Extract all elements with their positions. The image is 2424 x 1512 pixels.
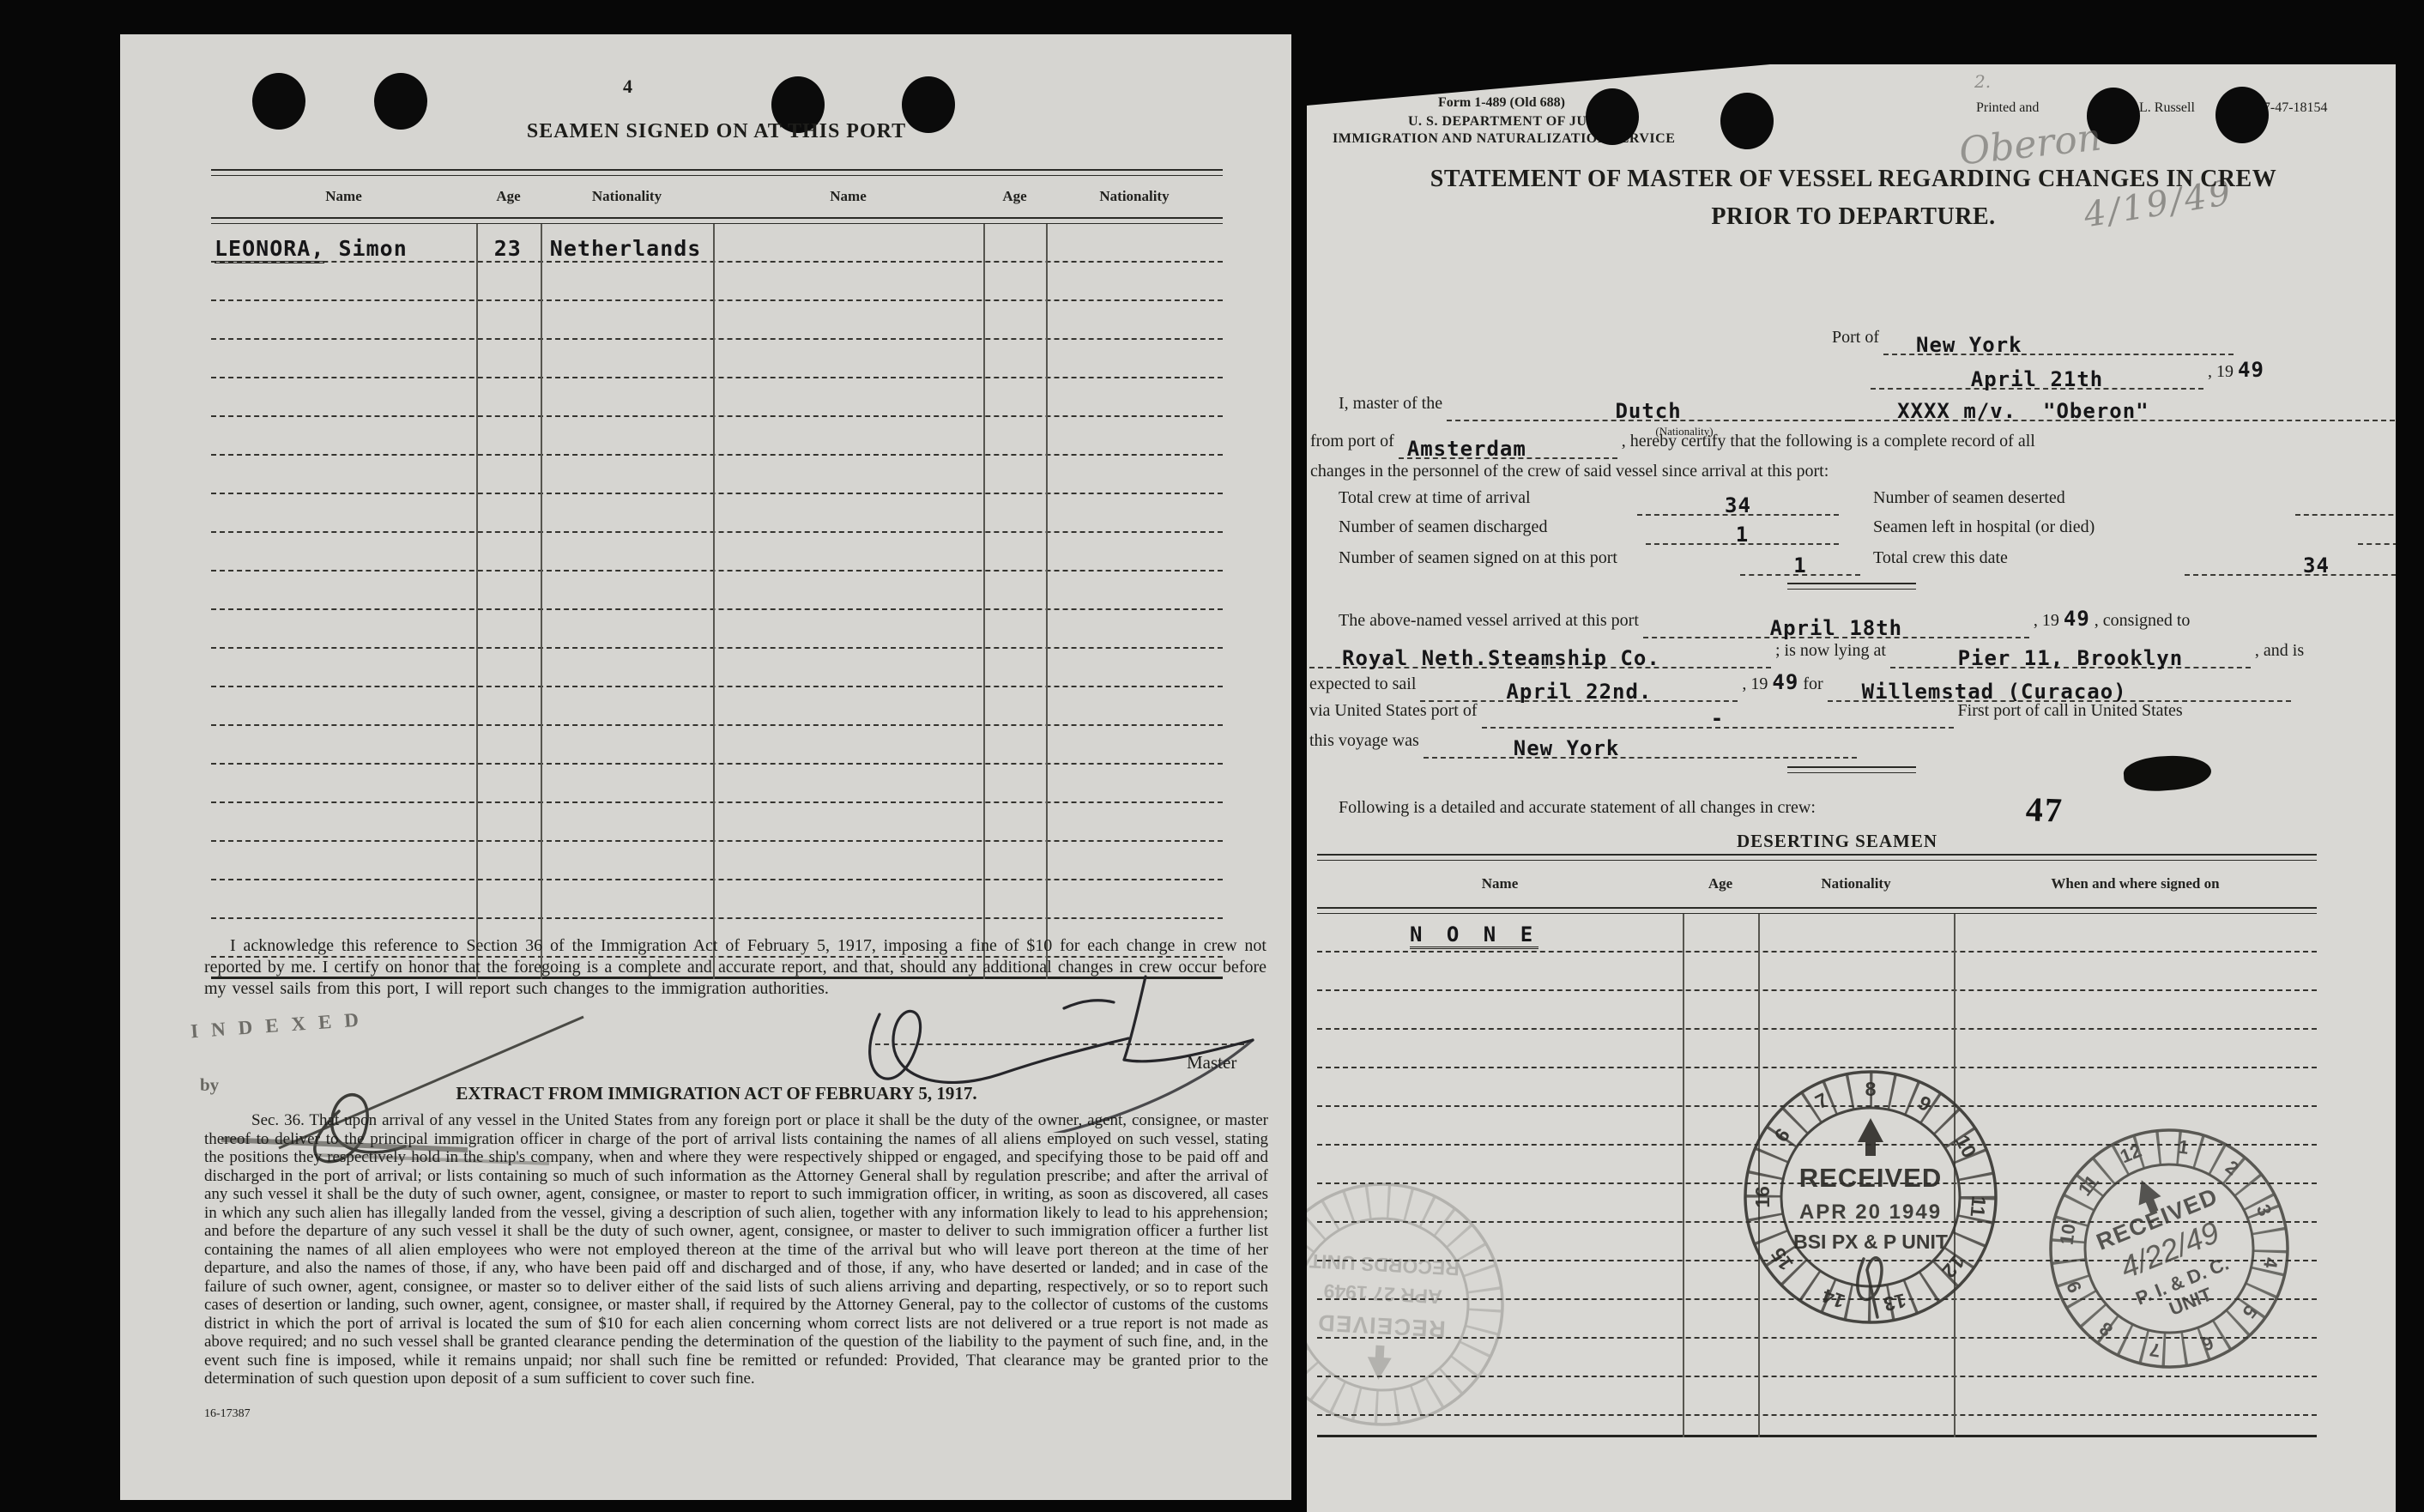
stat-value: 1 bbox=[1736, 523, 1749, 547]
empty-row bbox=[211, 494, 1223, 533]
scanned-document: 4 SEAMEN SIGNED ON AT THIS PORT Name Age… bbox=[0, 0, 2424, 1512]
svg-text:5: 5 bbox=[2239, 1301, 2262, 1322]
table-header-row: Name Age Nationality Name Age Nationalit… bbox=[211, 176, 1223, 217]
empty-row bbox=[211, 572, 1223, 610]
port-blank: New York bbox=[1883, 330, 2234, 355]
table-row: LEONORA, Simon 23 Netherlands bbox=[211, 224, 1223, 263]
port-value: New York bbox=[1916, 333, 2022, 357]
stat-label: Total crew at time of arrival bbox=[1339, 488, 1531, 508]
first-port-label: First port of call in United States bbox=[1958, 701, 2183, 720]
vessel-value: XXXX m/v. "Oberon" bbox=[1897, 399, 2149, 423]
svg-text:1: 1 bbox=[2177, 1135, 2191, 1158]
page-number: 4 bbox=[623, 76, 632, 98]
sail-date: April 22nd. bbox=[1506, 680, 1652, 704]
svg-text:7: 7 bbox=[2149, 1339, 2162, 1361]
following-line: Following is a detailed and accurate sta… bbox=[1339, 798, 1816, 818]
stat-blank: 1 bbox=[1740, 550, 1860, 576]
empty-row bbox=[1317, 991, 2317, 1030]
nationality-value: Dutch bbox=[1615, 399, 1681, 423]
port-line: Port of New York bbox=[1832, 328, 2234, 355]
from-port-value: Amsterdam bbox=[1407, 437, 1526, 461]
stamp-unit-text: BSI PX & P UNIT bbox=[1793, 1231, 1948, 1253]
svg-text:9: 9 bbox=[1914, 1091, 1935, 1116]
consignee-value: Royal Neth.Steamship Co. bbox=[1342, 646, 1660, 670]
destination-blank: Willemstad (Curacao) bbox=[1828, 676, 2291, 702]
table-top-rule bbox=[211, 169, 1223, 176]
hole-punch bbox=[2215, 87, 2269, 143]
ink-redaction-mark bbox=[2123, 753, 2213, 793]
date-blank: April 21th bbox=[1871, 364, 2203, 390]
empty-row bbox=[211, 610, 1223, 649]
svg-text:10: 10 bbox=[1951, 1131, 1981, 1161]
hole-punch bbox=[1586, 88, 1639, 145]
sail-line: expected to sail April 22nd. , 19 49 for… bbox=[1309, 670, 2291, 702]
stat-blank: 34 bbox=[1637, 490, 1839, 516]
svg-text:12: 12 bbox=[1937, 1251, 1968, 1282]
form-number: Form 1-489 (Old 688) bbox=[1438, 95, 1565, 111]
voyage-blank: New York bbox=[1424, 733, 1857, 759]
table-row: N O N E bbox=[1317, 914, 2317, 953]
printer-credit: Printed and y A. L. Russell 7-47-18154 bbox=[1976, 100, 2328, 116]
table-header-rule bbox=[1317, 907, 2317, 914]
section-divider bbox=[1787, 583, 1916, 590]
right-page: 2. Form 1-489 (Old 688) U. S. DEPARTMENT… bbox=[1307, 64, 2396, 1512]
stat-blank: 1 bbox=[1646, 519, 1839, 545]
col-header-age2: Age bbox=[983, 188, 1046, 205]
stat-value: 34 bbox=[1725, 493, 1751, 517]
column-divider bbox=[1683, 914, 1684, 1437]
handwritten-crew-count: 47 bbox=[2025, 789, 2064, 831]
stat-value: 34 bbox=[2303, 553, 2330, 578]
sail-label: expected to sail bbox=[1309, 674, 1416, 693]
stat-label: Seamen left in hospital (or died) bbox=[1873, 517, 2095, 537]
arrival-line1: The above-named vessel arrived at this p… bbox=[1339, 607, 2190, 638]
master-signature bbox=[807, 961, 1291, 1133]
stats-row: Number of seamen discharged 1 Seamen lef… bbox=[1307, 517, 2345, 545]
stat-label: Number of seamen signed on at this port bbox=[1339, 548, 1617, 568]
col-header-signed-on: When and where signed on bbox=[1954, 875, 2317, 892]
destination-value: Willemstad (Curacao) bbox=[1862, 680, 2127, 704]
voyage-label: this voyage was bbox=[1309, 731, 1419, 750]
col-header-nationality: Nationality bbox=[541, 188, 713, 205]
via-value: - bbox=[1711, 706, 1724, 730]
table-header-rule bbox=[211, 217, 1223, 224]
column-divider bbox=[1046, 224, 1048, 979]
empty-row bbox=[211, 417, 1223, 456]
empty-row bbox=[211, 880, 1223, 919]
port-label: Port of bbox=[1832, 328, 1879, 347]
stat-blank: 0 bbox=[2295, 490, 2396, 516]
hole-punch bbox=[1720, 93, 1774, 149]
empty-row bbox=[211, 726, 1223, 765]
nationality-blank: Dutch bbox=[1447, 396, 1850, 421]
records-received-stamp: RECEIVED APR 27 1949 RECORDS UNIT bbox=[1307, 1176, 1511, 1433]
col-header-name: Name bbox=[211, 188, 476, 205]
stamp-date-text: APR 20 1949 bbox=[1799, 1201, 1942, 1224]
entry-age: 23 bbox=[476, 236, 540, 261]
column-divider bbox=[983, 224, 985, 979]
deserting-heading: DESERTING SEAMEN bbox=[1737, 831, 1937, 852]
svg-text:11: 11 bbox=[1966, 1195, 1990, 1219]
svg-text:16: 16 bbox=[1751, 1186, 1774, 1208]
svg-text:10: 10 bbox=[2056, 1223, 2080, 1247]
stat-label: Number of seamen discharged bbox=[1339, 517, 1547, 537]
stat-value: 1 bbox=[1793, 553, 1806, 578]
empty-row bbox=[211, 340, 1223, 378]
certify-text: , hereby certify that the following is a… bbox=[1622, 432, 2035, 451]
stamp-received-text: RECEIVED bbox=[1799, 1163, 1942, 1193]
printer-credit-left: Printed and bbox=[1976, 100, 2039, 115]
consignee-line: Royal Neth.Steamship Co. ; is now lying … bbox=[1309, 641, 2304, 668]
form-footer-number: 16-17387 bbox=[204, 1407, 251, 1421]
pidc-received-stamp: 12 1 2 3 4 5 6 7 8 9 10 11 RECEIVED 4/22… bbox=[2040, 1120, 2298, 1377]
lying-value: Pier 11, Brooklyn bbox=[1958, 646, 2184, 670]
hole-punch bbox=[252, 73, 305, 130]
column-divider bbox=[476, 224, 478, 979]
empty-row bbox=[211, 456, 1223, 494]
entry-nationality: Netherlands bbox=[540, 236, 720, 261]
svg-text:2: 2 bbox=[2221, 1156, 2243, 1179]
left-page: 4 SEAMEN SIGNED ON AT THIS PORT Name Age… bbox=[120, 34, 1291, 1500]
date-year-printed: , 19 bbox=[2208, 362, 2234, 381]
printer-credit-code: 7-47-18154 bbox=[2264, 100, 2328, 115]
sail-date-blank: April 22nd. bbox=[1420, 676, 1738, 702]
hole-punch bbox=[902, 76, 955, 133]
empty-row bbox=[211, 378, 1223, 417]
voyage-value: New York bbox=[1514, 736, 1620, 760]
empty-row bbox=[211, 842, 1223, 880]
via-label: via United States port of bbox=[1309, 701, 1478, 720]
extract-body: Sec. 36. That upon arrival of any vessel… bbox=[204, 1111, 1268, 1388]
stamp-received-text: RECEIVED bbox=[1316, 1309, 1446, 1342]
empty-row bbox=[211, 687, 1223, 726]
table-body: LEONORA, Simon 23 Netherlands bbox=[211, 224, 1223, 979]
arrival-label: The above-named vessel arrived at this p… bbox=[1339, 611, 1639, 630]
signed-on-table: Name Age Nationality Name Age Nationalit… bbox=[211, 169, 1223, 979]
voyage-line: this voyage was New York bbox=[1309, 731, 1857, 759]
bsi-received-stamp: 8 9 10 11 12 13 14 15 16 6 7 RECEIVED AP… bbox=[1733, 1060, 2008, 1334]
col-header-nationality: Nationality bbox=[1758, 875, 1954, 892]
page-title: SEAMEN SIGNED ON AT THIS PORT bbox=[527, 120, 906, 143]
column-divider bbox=[713, 224, 715, 979]
stats-row: Total crew at time of arrival 34 Number … bbox=[1307, 488, 2345, 516]
from-port-blank: Amsterdam bbox=[1399, 433, 1617, 459]
stat-blank: 0 bbox=[2358, 519, 2396, 545]
col-header-name2: Name bbox=[713, 188, 983, 205]
col-header-name: Name bbox=[1317, 875, 1683, 892]
col-header-nationality2: Nationality bbox=[1046, 188, 1223, 205]
entry-given-name: Simon bbox=[338, 236, 407, 261]
stat-blank: 34 bbox=[2185, 550, 2396, 576]
master-line-label: I, master of the bbox=[1339, 394, 1442, 413]
empty-row bbox=[211, 533, 1223, 572]
pencil-page-note: 2. bbox=[1974, 71, 1991, 92]
date-value: April 21th bbox=[1971, 367, 2104, 391]
from-port-line: from port of Amsterdam , hereby certify … bbox=[1310, 432, 2035, 459]
master-line: I, master of the DutchXXXX m/v. "Oberon" bbox=[1339, 394, 2395, 421]
consignee-blank: Royal Neth.Steamship Co. bbox=[1309, 643, 1771, 668]
lying-blank: Pier 11, Brooklyn bbox=[1890, 643, 2251, 668]
stat-label: Number of seamen deserted bbox=[1873, 488, 2065, 508]
certify-line2: changes in the personnel of the crew of … bbox=[1310, 462, 1829, 481]
form-title-line1: STATEMENT OF MASTER OF VESSEL REGARDING … bbox=[1430, 166, 2276, 193]
vessel-blank: XXXX m/v. "Oberon" bbox=[1850, 396, 2395, 421]
svg-text:8: 8 bbox=[1865, 1078, 1877, 1100]
arrow-up-icon bbox=[1366, 1345, 1392, 1380]
empty-row bbox=[211, 263, 1223, 301]
svg-text:13: 13 bbox=[1882, 1289, 1908, 1315]
stamp-date-text: APR 27 1949 bbox=[1323, 1279, 1442, 1308]
entry-name: LEONORA, Simon bbox=[211, 236, 476, 261]
extract-heading: EXTRACT FROM IMMIGRATION ACT OF FEBRUARY… bbox=[456, 1083, 976, 1104]
section-divider bbox=[1787, 766, 1916, 773]
stamp-unit-text: RECORDS UNIT bbox=[1309, 1249, 1460, 1279]
column-divider bbox=[541, 224, 542, 979]
via-blank: - bbox=[1482, 703, 1954, 729]
arrow-up-icon bbox=[1858, 1118, 1883, 1156]
from-port-label: from port of bbox=[1310, 432, 1394, 451]
date-line: April 21th , 19 49 bbox=[1871, 358, 2264, 390]
none-entry: N O N E bbox=[1410, 922, 1538, 949]
empty-row bbox=[211, 301, 1223, 340]
hole-punch bbox=[374, 73, 427, 130]
empty-row bbox=[211, 803, 1223, 842]
col-header-age: Age bbox=[1683, 875, 1758, 892]
col-header-age: Age bbox=[476, 188, 541, 205]
date-year-typed: 49 bbox=[2238, 358, 2264, 382]
entry-surname: LEONORA, bbox=[215, 236, 324, 263]
stat-label: Total crew this date bbox=[1873, 548, 2008, 568]
empty-row bbox=[1317, 953, 2317, 991]
table-header-row: Name Age Nationality When and where sign… bbox=[1317, 861, 2317, 907]
form-title-line2: PRIOR TO DEPARTURE. bbox=[1711, 203, 1995, 231]
arrival-date: April 18th bbox=[1770, 616, 1903, 640]
stats-row: Number of seamen signed on at this port … bbox=[1307, 548, 2345, 576]
arrival-date-blank: April 18th bbox=[1643, 613, 2029, 638]
empty-row bbox=[211, 765, 1223, 803]
empty-row bbox=[211, 649, 1223, 687]
via-line: via United States port of - First port o… bbox=[1309, 701, 2183, 729]
table-top-rule bbox=[1317, 854, 2317, 861]
svg-text:6: 6 bbox=[2198, 1332, 2216, 1356]
lying-label: ; is now lying at bbox=[1775, 641, 1886, 660]
svg-text:4: 4 bbox=[2259, 1256, 2282, 1270]
